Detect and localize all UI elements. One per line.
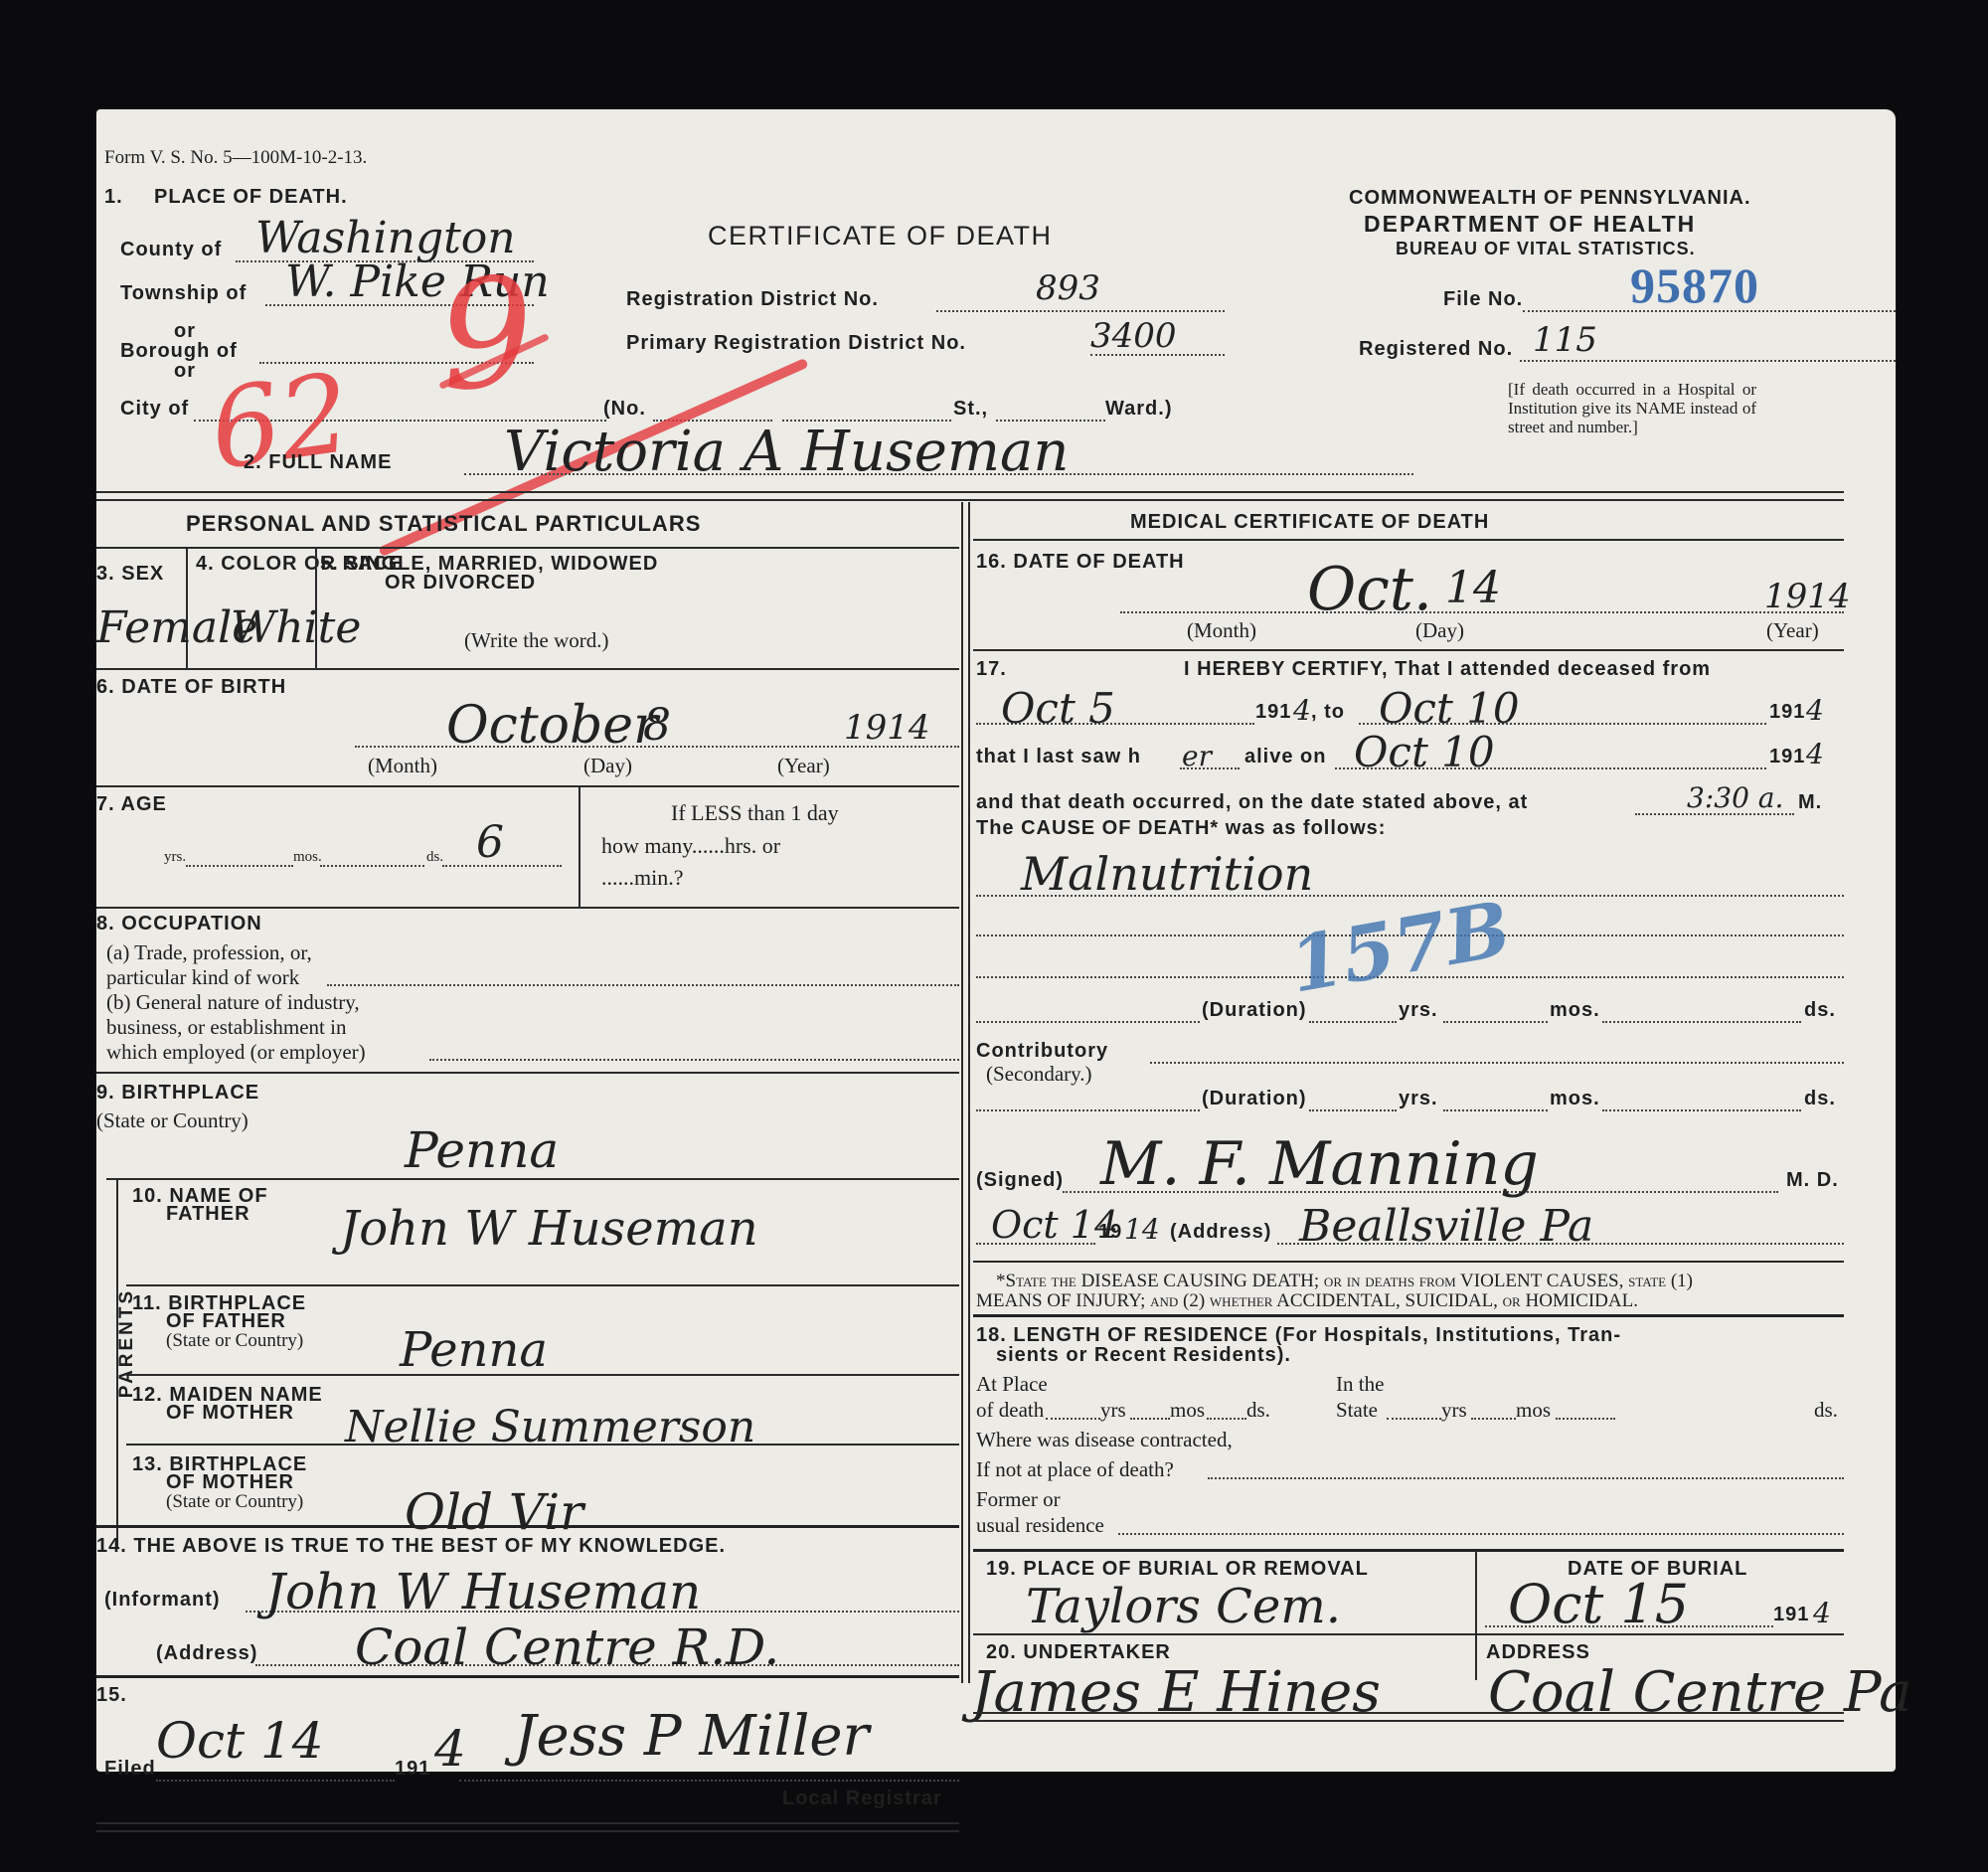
duration-ds-label-1: ds. [1804, 999, 1836, 1022]
sex-label: 3. SEX [96, 563, 164, 586]
alive-on-label: alive on [1244, 746, 1326, 768]
date-of-death-label: 16. DATE OF DEATH [976, 551, 1185, 574]
footnote-line2: MEANS OF INJURY; and (2) whether ACCIDEN… [976, 1290, 1638, 1312]
former-residence-label-line1: Former or [976, 1487, 1061, 1512]
former-residence-label-line2: usual residence [976, 1513, 1104, 1538]
contributory-label: Contributory [976, 1040, 1108, 1063]
file-number-stamp: 95870 [1630, 256, 1759, 314]
last-saw-year-prefix: 191 [1769, 746, 1805, 768]
registered-number-label: Registered No. [1359, 338, 1513, 361]
age-ds-label: ds. [426, 849, 443, 866]
informant-label: (Informant) [104, 1589, 221, 1612]
attended-from-value: Oct 5 [1001, 684, 1115, 733]
filed-label: Filed [104, 1758, 156, 1781]
death-time-value: 3:30 a. [1687, 781, 1783, 814]
occupation-b-line3: which employed (or employer) [106, 1040, 366, 1065]
dod-day-value: 14 [1445, 563, 1501, 613]
street-label: St., [953, 398, 988, 421]
duration-yrs-label-2: yrs. [1399, 1088, 1438, 1110]
marital-label-line2: OR DIVORCED [385, 572, 536, 595]
hospital-note: [If death occurred in a Hospital or Inst… [1508, 380, 1756, 436]
medical-section-heading: MEDICAL CERTIFICATE OF DEATH [1130, 511, 1489, 534]
death-certificate-page: Form V. S. No. 5—100M-10-2-13. 1. PLACE … [96, 109, 1896, 1772]
dob-year-value: 1914 [844, 708, 930, 748]
attended-from-year-suffix: 4 [1293, 694, 1311, 727]
last-saw-label: that I last saw h [976, 746, 1141, 768]
signed-label: (Signed) [976, 1169, 1064, 1192]
duration-yrs-label-1: yrs. [1399, 999, 1438, 1022]
attended-to-year-suffix: 4 [1806, 694, 1824, 727]
attended-from-year-prefix: 191 [1255, 701, 1291, 724]
undertaker-address-value: Coal Centre Pa [1488, 1660, 1911, 1725]
residence-heading-line2: sients or Recent Residents). [996, 1344, 1291, 1367]
mother-maiden-label-line2: OF MOTHER [166, 1402, 294, 1425]
last-saw-date-value: Oct 10 [1354, 728, 1495, 776]
dod-month-value: Oct. [1307, 555, 1432, 624]
last-saw-pronoun: er [1182, 740, 1212, 772]
informant-value: John W Huseman [265, 1563, 701, 1620]
informant-address-value: Coal Centre R.D. [355, 1618, 779, 1676]
dob-year-caption: (Year) [777, 754, 830, 778]
at-place-label-line2: of death [976, 1398, 1044, 1423]
informant-address-label: (Address) [156, 1642, 257, 1665]
agency-commonwealth: COMMONWEALTH OF PENNSYLVANIA. [1349, 187, 1751, 210]
father-birthplace-hint: (State or Country) [166, 1330, 303, 1352]
age-mos-label: mos. [293, 849, 322, 866]
informant-heading: 14. THE ABOVE IS TRUE TO THE BEST OF MY … [96, 1535, 726, 1558]
father-name-label-line2: FATHER [166, 1203, 250, 1226]
blue-pencil-code: 157B [1283, 884, 1517, 1009]
burial-year-suffix: 4 [1813, 1597, 1831, 1629]
signed-year-suffix: 14 [1124, 1213, 1160, 1246]
birthplace-hint: (State or Country) [96, 1108, 248, 1133]
registrar-signature: Jess P Miller [514, 1704, 869, 1769]
occupation-label: 8. OCCUPATION [96, 913, 262, 936]
attended-to-year-prefix: 191 [1769, 701, 1805, 724]
occupation-a-line2: particular kind of work [106, 965, 299, 990]
township-label: Township of [120, 282, 247, 305]
full-name-label: 2. FULL NAME [244, 451, 392, 474]
certify-text: I HEREBY CERTIFY, That I attended deceas… [1184, 658, 1711, 681]
occupation-a-line1: (a) Trade, profession, or, [106, 940, 312, 965]
dob-month-caption: (Month) [368, 754, 437, 778]
dod-year-caption: (Year) [1766, 618, 1819, 643]
md-label: M. D. [1786, 1169, 1839, 1192]
age-label: 7. AGE [96, 793, 167, 816]
dod-month-caption: (Month) [1187, 618, 1256, 643]
filed-year-prefix: 191 [395, 1758, 430, 1781]
duration-mos-label-1: mos. [1550, 999, 1600, 1022]
in-state-yrs-label: yrs [1441, 1398, 1467, 1423]
place-of-death-heading: PLACE OF DEATH. [154, 186, 348, 209]
dob-day-value: 8 [643, 700, 671, 751]
street-number-label: (No. [603, 398, 646, 421]
burial-place-value: Taylors Cem. [1026, 1579, 1341, 1634]
contributory-hint: (Secondary.) [986, 1062, 1092, 1087]
in-state-label-line2: State [1336, 1398, 1378, 1423]
cause-of-death-label: The CAUSE OF DEATH* was as follows: [976, 817, 1386, 840]
occupation-b-line1: (b) General nature of industry, [106, 990, 360, 1015]
or-label-2: or [174, 360, 196, 383]
red-annotation-right: 9 [432, 245, 542, 425]
at-place-label-line1: At Place [976, 1372, 1048, 1397]
in-state-mos-label: mos [1516, 1398, 1551, 1423]
filed-section-number: 15. [96, 1684, 127, 1707]
in-state-ds-label: ds. [1814, 1398, 1838, 1423]
duration-ds-label-2: ds. [1804, 1088, 1836, 1110]
filed-year-suffix: 4 [434, 1720, 466, 1778]
father-name-value: John W Huseman [340, 1201, 758, 1257]
birthplace-value: Penna [405, 1121, 559, 1179]
contracted-label-line2: If not at place of death? [976, 1457, 1174, 1482]
ward-label: Ward.) [1105, 398, 1172, 421]
local-registrar-label: Local Registrar [782, 1787, 942, 1810]
footnote-line1: *State the DISEASE CAUSING DEATH; or in … [996, 1271, 1693, 1292]
less-than-day-line1: If LESS than 1 day [671, 800, 839, 826]
burial-place-label: 19. PLACE OF BURIAL OR REMOVAL [986, 1558, 1369, 1581]
father-birthplace-value: Penna [400, 1322, 548, 1378]
occupation-b-line2: business, or establishment in [106, 1015, 346, 1040]
signed-year-prefix: 19 [1098, 1221, 1122, 1244]
dod-year-value: 1914 [1764, 577, 1851, 616]
primary-registration-district-label: Primary Registration District No. [626, 332, 966, 355]
burial-year-prefix: 191 [1773, 1604, 1809, 1626]
dob-day-caption: (Day) [583, 754, 632, 778]
date-of-birth-label: 6. DATE OF BIRTH [96, 676, 286, 699]
at-place-yrs-label: yrs [1100, 1398, 1126, 1423]
cause-of-death-value: Malnutrition [1021, 847, 1313, 901]
birthplace-label: 9. BIRTHPLACE [96, 1082, 259, 1105]
last-saw-year-suffix: 4 [1806, 738, 1824, 770]
file-number-label: File No. [1443, 288, 1523, 311]
burial-date-value: Oct 15 [1508, 1573, 1689, 1635]
agency-department: DEPARTMENT OF HEALTH [1364, 211, 1696, 238]
less-than-day-line2: how many......hrs. or [601, 833, 780, 859]
section-1-number: 1. [104, 186, 123, 209]
mother-birthplace-hint: (State or Country) [166, 1491, 303, 1513]
filed-date-value: Oct 14 [156, 1712, 324, 1770]
death-time-suffix: M. [1798, 791, 1822, 814]
physician-address-value: Beallsville Pa [1299, 1201, 1593, 1252]
registration-district-value: 893 [1036, 268, 1100, 308]
personal-section-heading: PERSONAL AND STATISTICAL PARTICULARS [186, 511, 701, 537]
physician-address-label: (Address) [1170, 1221, 1271, 1244]
undertaker-value: James E Hines [971, 1660, 1381, 1725]
mother-birthplace-value: Old Vir [405, 1483, 583, 1541]
duration-label-1: (Duration) [1202, 999, 1307, 1022]
certify-number: 17. [976, 658, 1007, 681]
less-than-day-line3: ......min.? [601, 865, 684, 891]
county-label: County of [120, 239, 222, 261]
primary-registration-district-value: 3400 [1090, 316, 1177, 356]
physician-signature: M. F. Manning [1100, 1129, 1539, 1199]
race-value: White [231, 602, 361, 653]
city-label: City of [120, 398, 189, 421]
death-time-label: and that death occurred, on the date sta… [976, 791, 1528, 814]
contracted-label-line1: Where was disease contracted, [976, 1428, 1233, 1452]
at-place-mos-label: mos [1170, 1398, 1205, 1423]
dob-month-value: October [446, 696, 658, 756]
in-state-label-line1: In the [1336, 1372, 1384, 1397]
full-name-value: Victoria A Huseman [504, 420, 1069, 484]
attended-to-value: Oct 10 [1379, 684, 1520, 733]
dod-day-caption: (Day) [1415, 618, 1464, 643]
registered-number-value: 115 [1533, 320, 1597, 360]
at-place-ds-label: ds. [1246, 1398, 1270, 1423]
marital-hint: (Write the word.) [464, 628, 609, 653]
form-number: Form V. S. No. 5—100M-10-2-13. [104, 147, 367, 169]
to-label: , to [1311, 701, 1345, 724]
duration-mos-label-2: mos. [1550, 1088, 1600, 1110]
registration-district-label: Registration District No. [626, 288, 879, 311]
certificate-title: CERTIFICATE OF DEATH [708, 221, 1053, 252]
duration-label-2: (Duration) [1202, 1088, 1307, 1110]
age-days-value: 6 [476, 817, 504, 868]
age-yrs-label: yrs. [164, 849, 186, 866]
